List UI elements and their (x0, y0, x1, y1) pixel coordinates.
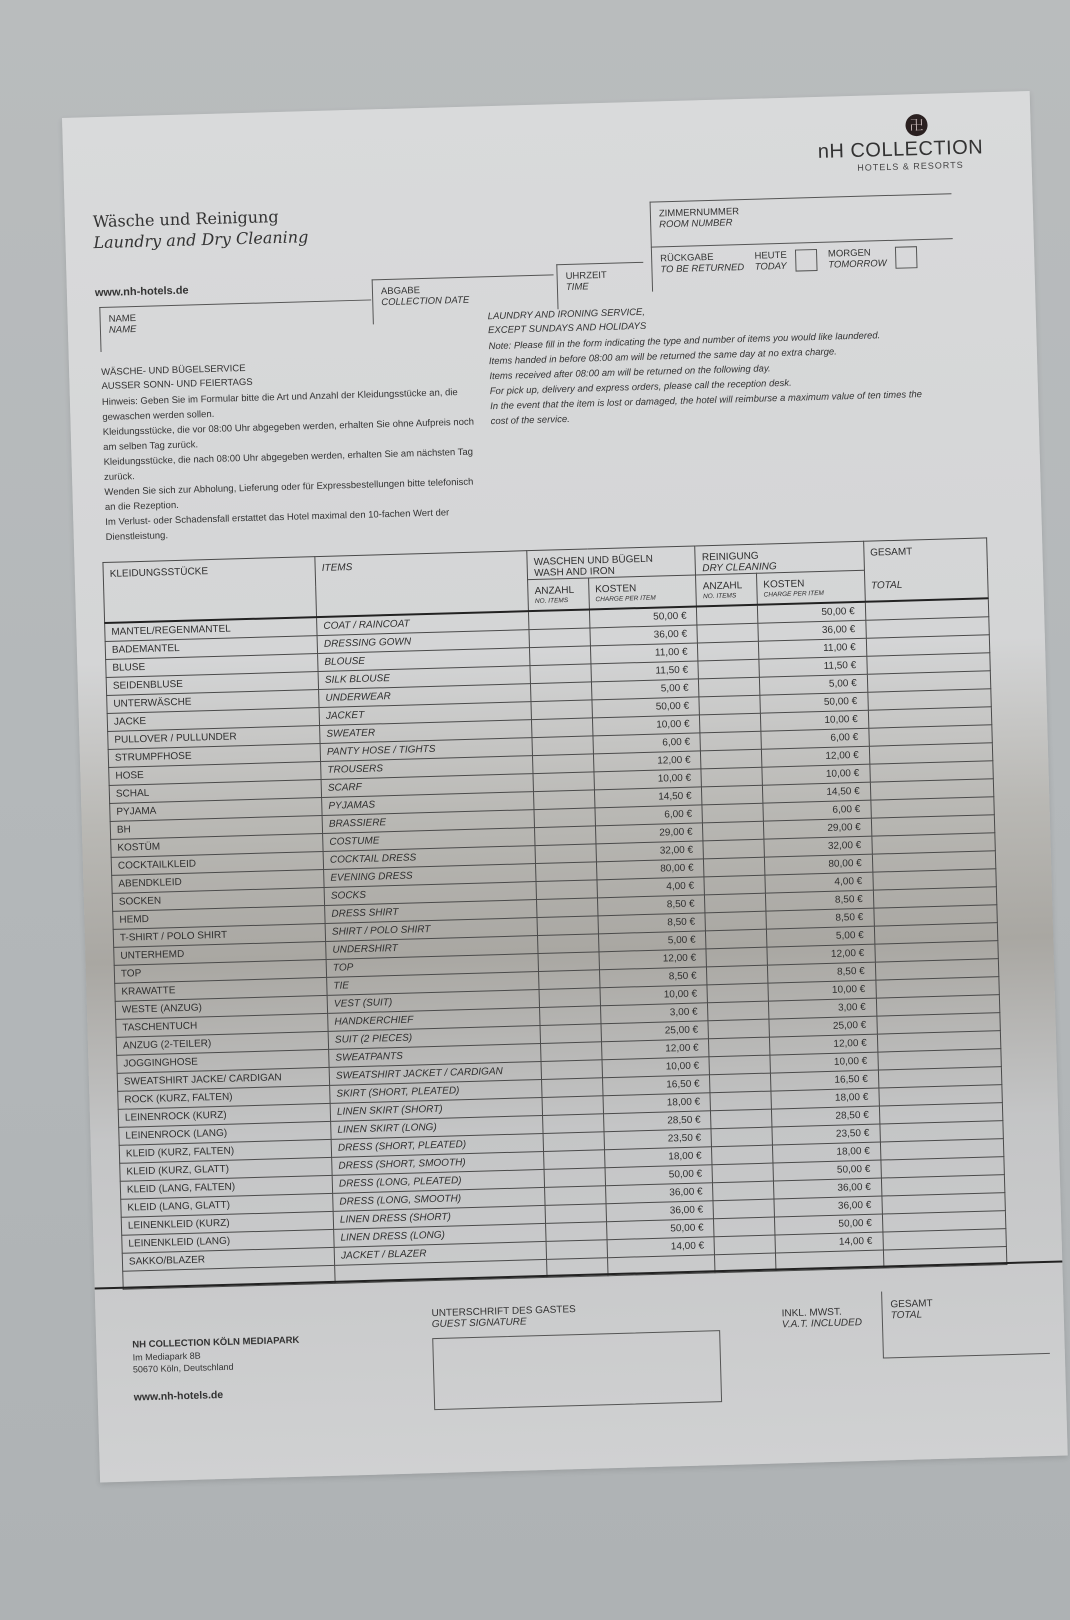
wash-qty-cell[interactable] (530, 664, 591, 684)
dry-qty-cell[interactable] (697, 623, 758, 643)
website-link-top: www.nh-hotels.de (95, 285, 189, 300)
dry-qty-cell[interactable] (698, 659, 759, 679)
wash-qty-cell[interactable] (542, 1096, 603, 1116)
dry-qty-cell[interactable] (713, 1181, 774, 1201)
qty-label-de: ANZAHL (703, 580, 743, 592)
wash-qty-cell[interactable] (533, 754, 594, 774)
dry-qty-cell[interactable] (705, 893, 766, 913)
dry-qty-cell[interactable] (701, 749, 762, 769)
cost-label-en: CHARGE PER ITEM (595, 594, 690, 604)
cost-label-en: CHARGE PER ITEM (764, 589, 859, 599)
col-wash-iron: WASCHEN UND BÜGELN WASH AND IRON (527, 546, 696, 580)
return-label-en: TO BE RETURNED (660, 262, 744, 275)
wash-qty-cell[interactable] (542, 1078, 603, 1098)
wash-qty-cell[interactable] (541, 1042, 602, 1062)
nh-collection-logo: 卍 nH COLLECTION HOTELS & RESORTS (817, 112, 984, 174)
dry-qty-cell[interactable] (709, 1037, 770, 1057)
vat-label-en: V.A.T. INCLUDED (782, 1317, 862, 1330)
dry-qty-cell[interactable] (711, 1127, 772, 1147)
dry-qty-cell[interactable] (714, 1217, 775, 1237)
return-field: RÜCKGABE TO BE RETURNED HEUTE TODAY MORG… (651, 238, 954, 291)
wash-qty-cell[interactable] (540, 1006, 601, 1026)
wash-qty-cell[interactable] (533, 772, 594, 792)
wash-qty-cell[interactable] (545, 1186, 606, 1206)
wash-qty-cell[interactable] (536, 880, 597, 900)
dry-qty-cell[interactable] (699, 695, 760, 715)
dry-qty-cell[interactable] (712, 1145, 773, 1165)
tomorrow-label-en: TOMORROW (828, 258, 887, 271)
signature-label: UNTERSCHRIFT DES GASTES GUEST SIGNATURE (431, 1304, 576, 1330)
wash-qty-cell[interactable] (531, 700, 592, 720)
wash-qty-cell[interactable] (538, 934, 599, 954)
col-dry-cleaning: REINIGUNG DRY CLEANING (695, 541, 864, 575)
tomorrow-checkbox[interactable] (895, 246, 918, 269)
qty-label-en: NO. ITEMS (535, 597, 583, 605)
wash-qty-cell[interactable] (543, 1114, 604, 1134)
wash-qty-header: ANZAHLNO. ITEMS (528, 578, 589, 611)
total-header-de: GESAMT (870, 545, 981, 559)
today-label-de: HEUTE (754, 250, 786, 262)
dry-qty-cell[interactable] (704, 875, 765, 895)
dry-qty-cell[interactable] (703, 839, 764, 859)
dry-qty-cell[interactable] (698, 641, 759, 661)
wash-qty-cell[interactable] (543, 1132, 604, 1152)
total-header-en: TOTAL (871, 578, 982, 592)
today-label-en: TODAY (755, 261, 787, 273)
wash-qty-cell[interactable] (537, 916, 598, 936)
hotel-address: NH COLLECTION KÖLN MEDIAPARK Im Mediapar… (132, 1334, 300, 1376)
dry-qty-cell[interactable] (707, 983, 768, 1003)
wash-qty-cell[interactable] (546, 1222, 607, 1242)
wash-qty-cell[interactable] (534, 790, 595, 810)
wash-qty-cell[interactable] (531, 682, 592, 702)
dry-qty-cell[interactable] (714, 1235, 775, 1255)
wash-qty-cell[interactable] (534, 808, 595, 828)
vat-note: INKL. MWST. V.A.T. INCLUDED (782, 1306, 863, 1330)
wash-qty-cell[interactable] (539, 970, 600, 990)
hotel-name: NH COLLECTION KÖLN MEDIAPARK (132, 1335, 299, 1351)
dry-qty-cell[interactable] (700, 731, 761, 751)
wash-qty-cell[interactable] (536, 862, 597, 882)
dry-qty-cell[interactable] (710, 1073, 771, 1093)
time-field[interactable]: UHRZEIT TIME (556, 262, 644, 309)
dry-qty-cell[interactable] (708, 1019, 769, 1039)
wash-qty-cell[interactable] (544, 1150, 605, 1170)
website-link-bottom: www.nh-hotels.de (134, 1389, 224, 1403)
dry-qty-cell[interactable] (704, 857, 765, 877)
guest-signature-box[interactable] (432, 1330, 722, 1410)
address-line2: 50670 Köln, Deutschland (133, 1362, 234, 1375)
dry-qty-cell[interactable] (706, 929, 767, 949)
dry-qty-cell[interactable] (713, 1199, 774, 1219)
dry-qty-cell[interactable] (711, 1109, 772, 1129)
dry-qty-cell[interactable] (701, 767, 762, 787)
col-items-de: KLEIDUNGSSTÜCKE (103, 557, 317, 623)
wash-qty-cell[interactable] (545, 1204, 606, 1224)
cost-label-de: KOSTEN (595, 583, 636, 595)
dry-qty-cell[interactable] (708, 1001, 769, 1021)
wash-qty-cell[interactable] (544, 1168, 605, 1188)
wash-qty-cell[interactable] (537, 898, 598, 918)
dry-qty-cell[interactable] (702, 803, 763, 823)
col-total: GESAMT TOTAL (863, 538, 988, 602)
dry-qty-cell[interactable] (699, 677, 760, 697)
wash-qty-cell[interactable] (529, 628, 590, 648)
grand-total-box[interactable]: GESAMT TOTAL (881, 1287, 1050, 1359)
dry-qty-cell[interactable] (705, 911, 766, 931)
wash-qty-cell[interactable] (532, 736, 593, 756)
dry-qty-header: ANZAHLNO. ITEMS (696, 573, 757, 606)
price-table: KLEIDUNGSSTÜCKE ITEMS WASCHEN UND BÜGELN… (102, 537, 1007, 1289)
laundry-form-sheet: Wäsche und Reinigung Laundry and Dry Cle… (62, 91, 1068, 1482)
dry-qty-cell[interactable] (712, 1163, 773, 1183)
form-title-en: Laundry and Dry Cleaning (93, 227, 308, 252)
wash-qty-cell[interactable] (540, 1024, 601, 1044)
wash-qty-cell[interactable] (546, 1240, 607, 1260)
address-line1: Im Mediapark 8B (132, 1351, 200, 1363)
dry-qty-cell[interactable] (706, 947, 767, 967)
qty-label-en: NO. ITEMS (703, 592, 751, 600)
dry-qty-cell[interactable] (703, 821, 764, 841)
dry-qty-cell[interactable] (707, 965, 768, 985)
dry-qty-cell[interactable] (697, 605, 758, 625)
wash-qty-cell[interactable] (539, 988, 600, 1008)
wash-qty-cell[interactable] (535, 844, 596, 864)
nh-logo-icon: 卍 (905, 114, 928, 137)
wash-qty-cell[interactable] (529, 609, 590, 629)
wash-qty-cell[interactable] (532, 718, 593, 738)
wash-qty-cell[interactable] (538, 952, 599, 972)
dry-qty-cell[interactable] (710, 1091, 771, 1111)
cost-label-de: KOSTEN (763, 578, 804, 590)
wash-qty-cell[interactable] (530, 646, 591, 666)
time-label-en: TIME (566, 280, 636, 293)
dry-qty-cell[interactable] (709, 1055, 770, 1075)
notes-german: WÄSCHE- UND BÜGELSERVICE AUSSER SONN- UN… (101, 356, 486, 545)
notes-english: LAUNDRY AND IRONING SERVICE, EXCEPT SUND… (488, 299, 931, 429)
dry-qty-cell[interactable] (702, 785, 763, 805)
form-title-de: Wäsche und Reinigung (93, 207, 279, 231)
wash-cost-header: KOSTENCHARGE PER ITEM (588, 575, 696, 609)
wash-qty-cell[interactable] (541, 1060, 602, 1080)
dry-cost-header: KOSTENCHARGE PER ITEM (757, 570, 865, 604)
name-field[interactable]: NAME NAME (99, 299, 372, 352)
price-table-body: MANTEL/REGENMANTELCOAT / RAINCOAT50,00 €… (105, 598, 1007, 1289)
col-items-en: ITEMS (315, 551, 529, 617)
today-checkbox[interactable] (795, 249, 818, 272)
dry-qty-cell[interactable] (700, 713, 761, 733)
qty-label-de: ANZAHL (534, 585, 574, 597)
wash-qty-cell[interactable] (535, 826, 596, 846)
